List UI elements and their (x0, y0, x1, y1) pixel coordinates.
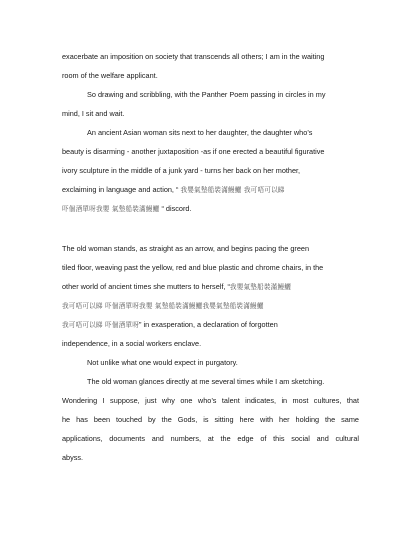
latin-text: exclaiming in language and action, “ (62, 185, 180, 194)
cjk-text: 我可唔可以睇 吓個酒單呀 (62, 321, 139, 329)
blank-line (62, 218, 359, 239)
paragraph-start: The old woman stands, as straight as an … (62, 239, 359, 258)
text-line: applications, documents and numbers, at … (62, 429, 359, 448)
document-page: exacerbate an imposition on society that… (0, 0, 420, 544)
text-line: ivory sculpture in the middle of a junk … (62, 161, 359, 180)
text-line-mixed: 吓個酒單呀我嬰 氣墊船裝滿鰻鱺 “ discord. (62, 199, 359, 218)
paragraph-start: Not unlike what one would expect in purg… (62, 353, 359, 372)
cjk-text: 吓個酒單呀我嬰 氣墊船裝滿鰻鱺 (62, 205, 159, 213)
latin-text: other world of ancient times she mutters… (62, 282, 230, 291)
latin-text: ” in exasperation, a declaration of forg… (139, 320, 278, 329)
text-line: independence, in a social workers enclav… (62, 334, 359, 353)
cjk-text: 我嬰氣墊船裝滿鰻鱺 我可唔可以睇 (180, 186, 284, 194)
cjk-text: 我可唔可以睇 吓個酒單呀我嬰 氣墊船裝滿鰻鱺我嬰氣墊船裝滿鰻鱺 (62, 302, 264, 310)
text-line: he has been touched by the Gods, is sitt… (62, 410, 359, 429)
text-line: tiled floor, weaving past the yellow, re… (62, 258, 359, 277)
text-line: room of the welfare applicant. (62, 66, 359, 85)
text-line-mixed: 我可唔可以睇 吓個酒單呀” in exasperation, a declara… (62, 315, 359, 334)
paragraph-start: The old woman glances directly at me sev… (62, 372, 359, 391)
text-line: Wondering I suppose, just why one who’s … (62, 391, 359, 410)
text-line-mixed: other world of ancient times she mutters… (62, 277, 359, 296)
text-line: mind, I sit and wait. (62, 104, 359, 123)
paragraph-start: So drawing and scribbling, with the Pant… (62, 85, 359, 104)
paragraph-start: An ancient Asian woman sits next to her … (62, 123, 359, 142)
latin-text: “ discord. (159, 204, 191, 213)
text-line: exacerbate an imposition on society that… (62, 47, 359, 66)
text-line-mixed: exclaiming in language and action, “ 我嬰氣… (62, 180, 359, 199)
document-body: exacerbate an imposition on society that… (62, 47, 359, 467)
text-line: beauty is disarming - another juxtaposit… (62, 142, 359, 161)
text-line-mixed: 我可唔可以睇 吓個酒單呀我嬰 氣墊船裝滿鰻鱺我嬰氣墊船裝滿鰻鱺 (62, 296, 359, 315)
cjk-text: 我嬰氣墊船裝滿鰻鱺 (230, 283, 291, 291)
text-line: abyss. (62, 448, 359, 467)
